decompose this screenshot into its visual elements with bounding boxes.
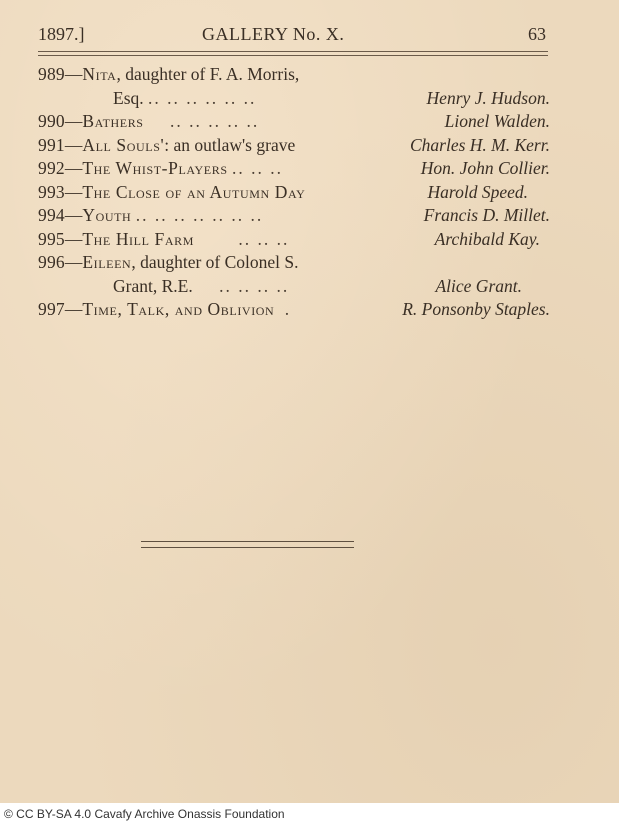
entry-title: Bathers <box>82 111 143 131</box>
entry-dash: — <box>65 205 83 225</box>
entry-title: Youth <box>82 205 131 225</box>
entry-artist: R. Ponsonby Staples. <box>402 298 550 322</box>
entry-title: Nita <box>82 64 116 84</box>
entry-title: All Souls' <box>82 135 164 155</box>
entry-title-rest: : an outlaw's grave <box>164 135 295 155</box>
catalogue-entry-993: 993—The Close of an Autumn Day Harold Sp… <box>38 181 550 205</box>
entry-artist: Francis D. Millet. <box>424 204 550 228</box>
entry-continuation: Esq. <box>113 88 144 108</box>
catalogue-entry-992: 992—The Whist-Players .. .. .. Hon. John… <box>38 157 550 181</box>
entry-title: The Hill Farm <box>82 229 194 249</box>
header-rule-bottom <box>38 55 548 56</box>
catalogue-entry-996-continued: Grant, R.E. .. .. .. .. Alice Grant. <box>38 275 550 299</box>
entry-number: 989 <box>38 64 65 84</box>
entry-artist: Henry J. Hudson. <box>427 87 550 111</box>
header-year: 1897.] <box>38 24 85 45</box>
header-title: GALLERY No. X. <box>202 24 344 45</box>
catalogue-entry-991: 991—All Souls': an outlaw's grave Charle… <box>38 134 550 158</box>
entry-artist: Alice Grant. <box>435 275 522 299</box>
entry-leaders: . <box>279 299 291 319</box>
entry-dash: — <box>65 158 83 178</box>
catalogue-entry-996: 996—Eileen, daughter of Colonel S. <box>38 251 550 275</box>
entry-title-rest: , daughter of Colonel S. <box>131 252 298 272</box>
license-credit: © CC BY-SA 4.0 Cavafy Archive Onassis Fo… <box>4 807 285 821</box>
entry-artist: Lionel Walden. <box>445 110 550 134</box>
entry-dash: — <box>65 252 83 272</box>
entry-leaders: .. .. .. .. .. <box>148 111 259 131</box>
entry-number: 997 <box>38 299 65 319</box>
entry-number: 992 <box>38 158 65 178</box>
entry-dash: — <box>65 229 83 249</box>
entry-title: The Whist-Players <box>82 158 227 178</box>
entry-dash: — <box>65 182 83 202</box>
entry-number: 996 <box>38 252 65 272</box>
entry-artist: Harold Speed. <box>428 181 528 205</box>
entry-number: 991 <box>38 135 65 155</box>
entry-artist: Hon. John Collier. <box>421 157 550 181</box>
section-end-rule-top <box>141 541 354 542</box>
entry-title: The Close of an Autumn Day <box>82 182 305 202</box>
catalogue-entry-994: 994—Youth .. .. .. .. .. .. .. Francis D… <box>38 204 550 228</box>
entry-dash: — <box>65 111 83 131</box>
entry-title-rest: , daughter of F. A. Morris, <box>116 64 299 84</box>
catalogue-entry-989-continued: Esq. .. .. .. .. .. .. Henry J. Hudson. <box>38 87 550 111</box>
entry-leaders: .. .. .. .. .. .. <box>148 88 256 108</box>
entry-number: 994 <box>38 205 65 225</box>
catalogue-entry-997: 997—Time, Talk, and Oblivion . R. Ponson… <box>38 298 550 322</box>
running-head: 1897.] GALLERY No. X. 63 <box>38 24 546 48</box>
entry-leaders: .. .. .. <box>232 158 283 178</box>
page-number: 63 <box>528 24 546 45</box>
entry-title: Eileen <box>82 252 131 272</box>
entry-artist: Archibald Kay. <box>435 228 540 252</box>
entry-dash: — <box>65 135 83 155</box>
entry-number: 995 <box>38 229 65 249</box>
scanned-page: 1897.] GALLERY No. X. 63 989—Nita, daugh… <box>0 0 619 803</box>
entry-number: 993 <box>38 182 65 202</box>
entry-continuation: Grant, R.E. <box>113 276 193 296</box>
entry-leaders: .. .. .. .. .. .. .. <box>136 205 264 225</box>
entry-title: Time, Talk, and Oblivion <box>82 299 274 319</box>
entry-dash: — <box>65 64 83 84</box>
entry-number: 990 <box>38 111 65 131</box>
catalogue-entry-989: 989—Nita, daughter of F. A. Morris, <box>38 63 550 87</box>
entry-dash: — <box>65 299 83 319</box>
header-rule-top <box>38 51 548 52</box>
entry-leaders: .. .. .. <box>198 229 289 249</box>
entry-leaders: .. .. .. .. <box>197 276 289 296</box>
catalogue-entries: 989—Nita, daughter of F. A. Morris, Esq.… <box>38 63 550 322</box>
catalogue-entry-990: 990—Bathers .. .. .. .. .. Lionel Walden… <box>38 110 550 134</box>
entry-artist: Charles H. M. Kerr. <box>410 134 550 158</box>
catalogue-entry-995: 995—The Hill Farm .. .. .. Archibald Kay… <box>38 228 550 252</box>
section-end-rule-bottom <box>141 547 354 548</box>
